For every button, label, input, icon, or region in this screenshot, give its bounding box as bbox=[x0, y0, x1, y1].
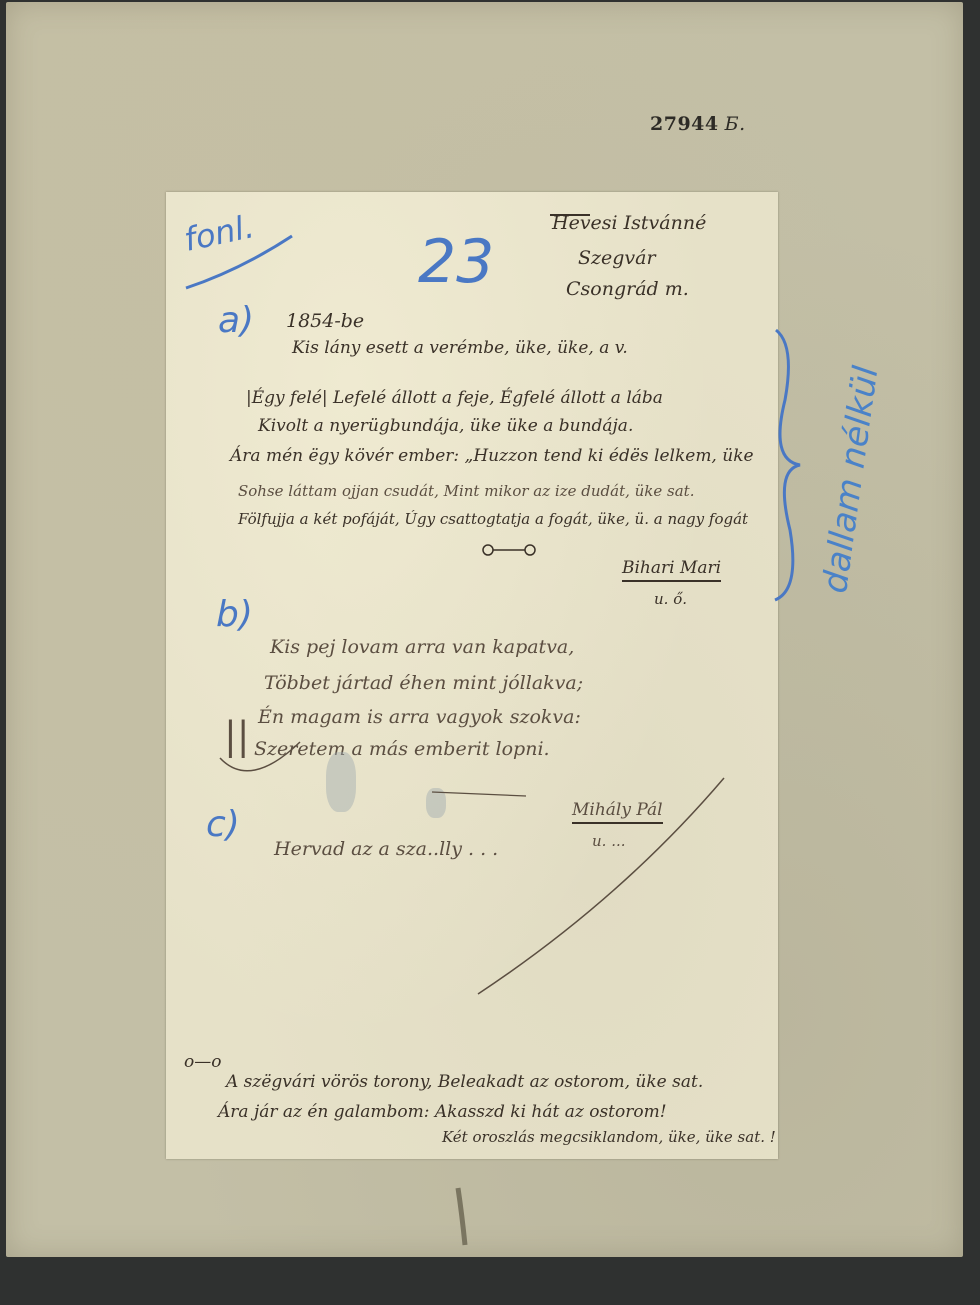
accession-suffix: Б. bbox=[725, 113, 746, 135]
footer-line: Két oroszlás megcsiklandom, üke, üke sat… bbox=[442, 1128, 776, 1146]
item-number: 23 bbox=[418, 227, 494, 297]
section-c-line: Hervad az a sza..lly . . . bbox=[274, 838, 498, 860]
section-a-line: Ára mén ëgy kövér ember: „Huzzon tend ki… bbox=[230, 446, 754, 466]
collection-place: Szegvár bbox=[578, 247, 656, 269]
repeat-mark: || bbox=[224, 714, 250, 758]
section-b-marker: b) bbox=[216, 594, 253, 635]
section-b-line: Én magam is arra vagyok szokva: bbox=[258, 706, 581, 728]
footer-line: Ára jár az én galambom: Akasszd ki hát a… bbox=[218, 1102, 667, 1122]
section-b-line: Szeretem a más emberit lopni. bbox=[254, 738, 550, 760]
section-a-line: Sohse láttam ojjan csudát, Mint mikor az… bbox=[238, 482, 694, 500]
section-a-informant-note: u. ő. bbox=[654, 590, 687, 608]
section-a-line: Kis lány esett a verémbe, üke, üke, a v. bbox=[292, 338, 628, 358]
section-a-line: |Égy felé| Lefelé állott a feje, Égfelé … bbox=[246, 388, 663, 408]
section-b-line: Többet jártad éhen mint jóllakva; bbox=[264, 672, 583, 694]
section-a-year: 1854-be bbox=[286, 310, 364, 332]
section-c-marker: c) bbox=[206, 804, 240, 845]
section-a-line: Fölfujja a két pofáját, Úgy csattogtatja… bbox=[238, 510, 748, 528]
footer-mark: o—o bbox=[184, 1052, 221, 1072]
section-c-informant: Mihály Pál bbox=[572, 800, 663, 824]
section-a-line: Kivolt a nyerügbundája, üke üke a bundáj… bbox=[258, 416, 633, 436]
collection-county: Csongrád m. bbox=[566, 278, 689, 300]
footer-line: A szëgvári vörös torony, Beleakadt az os… bbox=[226, 1072, 703, 1092]
section-c-informant-note: u. ... bbox=[592, 832, 626, 850]
paper-stain bbox=[326, 752, 356, 812]
manuscript-card: fonl. 23 Hevesi Istvánné Szegvár Csongrá… bbox=[166, 192, 778, 1159]
accession-number-value: 27944 bbox=[650, 113, 719, 135]
section-b-line: Kis pej lovam arra van kapatva, bbox=[270, 636, 574, 658]
section-a-marker: a) bbox=[218, 300, 254, 341]
section-a-informant: Bihari Mari bbox=[622, 558, 721, 582]
paper-stain bbox=[426, 788, 446, 818]
collector-name: Hevesi Istvánné bbox=[552, 212, 706, 234]
corner-mark: fonl. bbox=[181, 207, 258, 259]
accession-number: 27944Б. bbox=[650, 113, 746, 135]
